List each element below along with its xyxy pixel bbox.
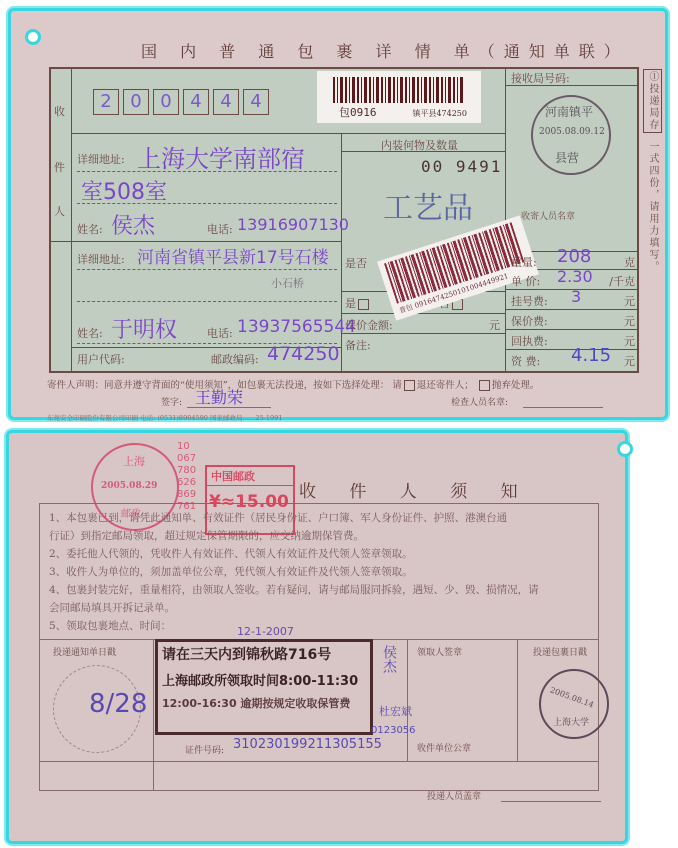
sender-postcode: 474250: [267, 343, 340, 365]
form-title: 国 内 普 通 包 裹 详 情 单（通知单联）: [141, 39, 629, 62]
agent-number: 0123056: [371, 725, 416, 736]
notice-list: 1、本包裹已到，请凭此通知单、有效证件（居民身份证、户口簿、军人身份证件、护照、…: [49, 509, 539, 635]
recipient-name-label: 姓名:: [77, 221, 103, 237]
postal-code-digit: 4: [183, 89, 209, 115]
barcode-left-text: 包0916: [339, 104, 377, 120]
insured-amount-label: 保价金额:: [345, 317, 393, 333]
notice-hand-date: 8/28: [89, 689, 147, 719]
notice-stamp-label: 投递通知单日戳: [53, 645, 116, 658]
postal-code-digit: 4: [243, 89, 269, 115]
receiving-office-label: 接收局号码:: [511, 70, 570, 86]
postal-code-digit: 0: [123, 89, 149, 115]
printer-line: 东莞安全印刷股份有限公司印刷 电话: (0531)8904590 国家邮政局………: [47, 413, 282, 422]
postal-code-digit: 2: [93, 89, 119, 115]
sender-phone-label: 电话:: [207, 325, 233, 341]
remarks-label: 备注:: [345, 337, 371, 353]
recipient-phone-label: 电话:: [207, 221, 233, 237]
insured-question-label: 是否: [345, 255, 367, 271]
recipient-address-label: 详细地址:: [77, 151, 125, 167]
sender-signature: 王勤荣: [195, 385, 243, 408]
barcode-icon: [333, 77, 465, 103]
handwritten-date: 12-1-2007: [237, 625, 294, 638]
insured-amount-unit: 元: [489, 317, 500, 333]
sender-address-label: 详细地址:: [77, 251, 125, 267]
sender-name: 于明权: [111, 313, 177, 344]
fee-row-insurance: 保价费:元: [511, 313, 637, 329]
postcode-label: 邮政编码:: [211, 351, 259, 367]
receipt-postmark: 河南镇平 2005.08.09.12 县营: [531, 95, 611, 175]
id-number: 310230199211305155: [233, 737, 382, 752]
sender-signature-label: 收寄人员名章: [521, 209, 575, 222]
recipient-phone: 13916907130: [237, 215, 349, 234]
return-to-sender-checkbox[interactable]: [404, 380, 415, 391]
receiver-sign-label: 领取人签章: [417, 645, 462, 658]
insured-yes-label: 是: [345, 295, 371, 311]
yes-checkbox[interactable]: [358, 299, 369, 310]
unit-seal-label: 收件单位公章: [417, 741, 471, 754]
side-box-label: ①投递局存: [643, 69, 662, 133]
recipient-name: 侯杰: [111, 209, 155, 240]
parcel-detail-form-notice-copy: 国 内 普 通 包 裹 详 情 单（通知单联） 收 件 人 2 0 0 4 4 …: [8, 8, 668, 420]
tracking-barcode-sticker: 包0916 镇平县474250: [317, 71, 481, 123]
punch-hole: [25, 29, 41, 45]
side-note: 一式四份，请用力填写。: [645, 141, 660, 273]
contents-header: 内装何物及数量: [381, 137, 458, 153]
fee-row-registration: 挂号费:3元: [511, 293, 637, 309]
postal-code-digit: 4: [213, 89, 239, 115]
user-code-label: 用户代码:: [77, 351, 125, 367]
delivery-postmark: 2005.08.14 上海大学: [539, 669, 609, 739]
abandon-checkbox[interactable]: [479, 380, 490, 391]
receiver-signature: 侯杰: [379, 645, 399, 673]
contents-number: 00 9491: [421, 157, 502, 176]
fee-row-postage: 资 费:4.15元: [511, 353, 637, 369]
agent-signature: 杜宏斌: [379, 703, 412, 719]
sender-address: 河南省镇平县新17号石楼: [137, 243, 329, 268]
sender-name-label: 姓名:: [77, 325, 103, 341]
notice-title: 收 件 人 须 知: [299, 477, 532, 502]
recipient-side-label-1: 收: [54, 103, 65, 119]
recipient-address-line2: 室508室: [81, 175, 167, 206]
sender-address-note: 小石桥: [271, 275, 304, 291]
punch-hole: [617, 441, 633, 457]
recipient-notice-back: 收 件 人 须 知 上海 2005.08.29 邮政 10 067 780 62…: [6, 430, 628, 844]
signature-label: 签字:: [161, 395, 182, 408]
courier-seal-label: 投递人员盖章: [427, 789, 481, 802]
recipient-side-label-3: 人: [54, 203, 65, 219]
postal-code-digit: 0: [153, 89, 179, 115]
sender-declaration: 寄件人声明：同意并遵守背面的“使用须知”，如包裹无法投递，按如下选择处理： 请退…: [47, 377, 539, 391]
inspector-label: 检查人员名章:: [451, 395, 508, 408]
recipient-side-label-2: 件: [54, 159, 65, 175]
recipient-address-line1: 上海大学南部宿: [137, 139, 305, 174]
delivery-date-label: 投递包裹日戳: [533, 645, 587, 658]
sender-phone: 13937565544: [237, 317, 356, 337]
id-number-label: 证件号码:: [185, 743, 224, 756]
contents-item: 工艺品: [383, 183, 473, 227]
barcode-right-text: 镇平县474250: [412, 108, 467, 119]
pickup-instruction-stamp: 请在三天内到锦秋路716号 上海邮政所领取时间8:00-11:30 12:00-…: [155, 639, 373, 735]
